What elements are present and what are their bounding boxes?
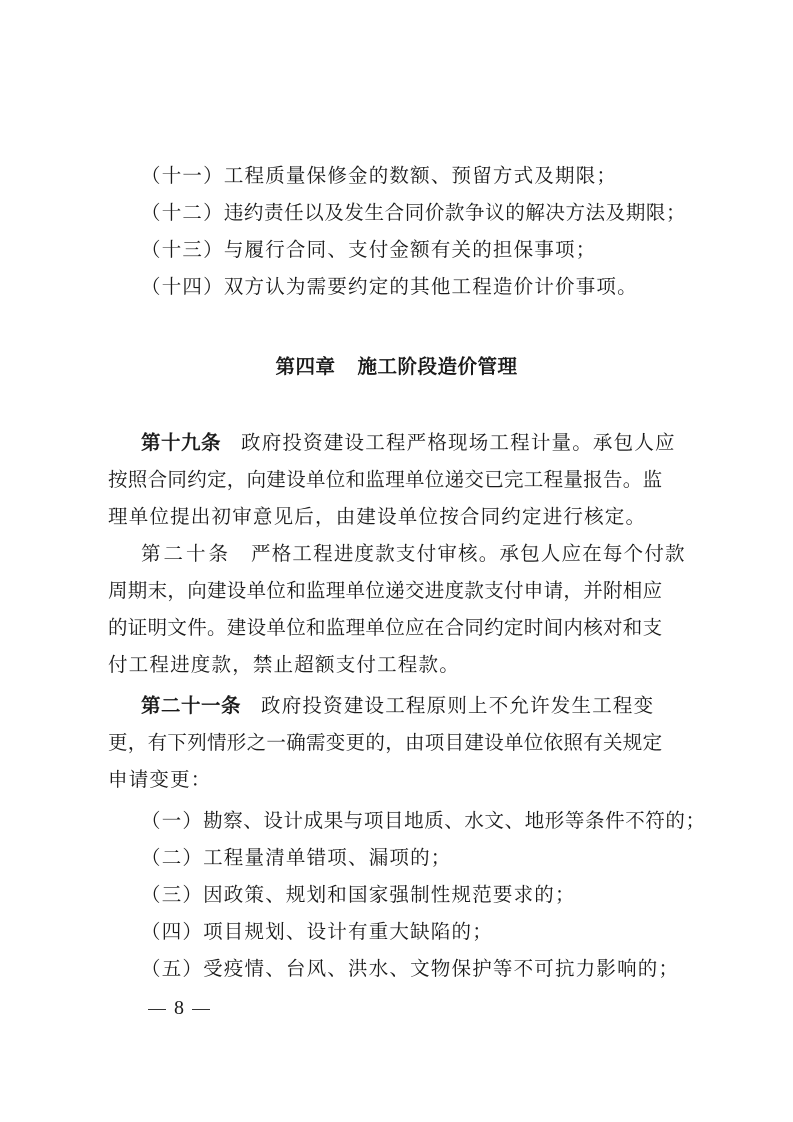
article-20-line-3: 的证明文件。建设单位和监理单位应在合同约定时间内核对和支	[108, 609, 693, 646]
article-text: 政府投资建设工程原则上不允许发生工程变	[261, 694, 654, 717]
list-item-1: （一）勘察、设计成果与项目地质、水文、地形等条件不符的；	[141, 802, 693, 839]
list-text: 违约责任以及发生合同价款争议的解决方法及期限；	[224, 201, 686, 224]
article-label: 第二十条	[141, 542, 231, 565]
list-text: 因政策、规划和国家强制性规范要求的；	[203, 883, 576, 906]
article-20-line-4: 付工程进度款，禁止超额支付工程款。	[108, 646, 693, 683]
list-marker: （四）	[141, 920, 203, 943]
article-text: 按照合同约定，向建设单位和监理单位递交已完工程量报告。监	[108, 468, 662, 491]
list-item-3: （三）因政策、规划和国家强制性规范要求的；	[141, 876, 693, 913]
article-21-line-2: 更，有下列情形之一确需变更的，由项目建设单位依照有关规定	[108, 724, 693, 761]
list-item-5: （五）受疫情、台风、洪水、文物保护等不可抗力影响的；	[141, 950, 693, 987]
article-text: 更，有下列情形之一确需变更的，由项目建设单位依照有关规定	[108, 731, 662, 754]
list-text: 双方认为需要约定的其他工程造价计价事项。	[224, 275, 638, 298]
list-marker: （三）	[141, 883, 203, 906]
article-text: 周期末，向建设单位和监理单位递交进度款支付申请，并附相应	[108, 579, 662, 602]
dash-right	[192, 1009, 210, 1010]
list-marker: （十三）	[141, 238, 224, 261]
list-text: 与履行合同、支付金额有关的担保事项；	[224, 238, 597, 261]
article-20-line-2: 周期末，向建设单位和监理单位递交进度款支付申请，并附相应	[108, 572, 693, 609]
article-21-line-1: 第二十一条政府投资建设工程原则上不允许发生工程变	[141, 687, 693, 724]
list-item-12: （十二）违约责任以及发生合同价款争议的解决方法及期限；	[141, 194, 693, 231]
list-marker: （五）	[141, 957, 203, 980]
list-text: 工程质量保修金的数额、预留方式及期限；	[224, 164, 617, 187]
article-text: 理单位提出初审意见后，由建设单位按合同约定进行核定。	[108, 505, 646, 528]
list-text: 勘察、设计成果与项目地质、水文、地形等条件不符的；	[203, 809, 706, 832]
list-marker: （十四）	[141, 275, 224, 298]
list-text: 项目规划、设计有重大缺陷的；	[203, 920, 493, 943]
article-label: 第十九条	[141, 431, 221, 454]
list-item-2: （二）工程量清单错项、漏项的；	[141, 839, 693, 876]
article-20-line-1: 第二十条严格工程进度款支付审核。承包人应在每个付款	[141, 535, 693, 572]
list-text: 工程量清单错项、漏项的；	[203, 846, 451, 869]
article-text: 严格工程进度款支付审核。承包人应在每个付款	[251, 542, 686, 565]
list-item-13: （十三）与履行合同、支付金额有关的担保事项；	[141, 231, 693, 268]
list-item-11: （十一）工程质量保修金的数额、预留方式及期限；	[141, 157, 693, 194]
page-number: 8	[174, 997, 184, 1019]
list-item-4: （四）项目规划、设计有重大缺陷的；	[141, 913, 693, 950]
article-text: 政府投资建设工程严格现场工程计量。承包人应	[241, 431, 676, 454]
list-marker: （十二）	[141, 201, 224, 224]
article-19-line-2: 按照合同约定，向建设单位和监理单位递交已完工程量报告。监	[108, 461, 693, 498]
article-19-line-1: 第十九条政府投资建设工程严格现场工程计量。承包人应	[141, 424, 693, 461]
list-marker: （二）	[141, 846, 203, 869]
page-number-footer: 8	[140, 995, 218, 1021]
article-19-line-3: 理单位提出初审意见后，由建设单位按合同约定进行核定。	[108, 498, 693, 535]
chapter-number: 第四章	[275, 355, 335, 378]
document-page: （十一）工程质量保修金的数额、预留方式及期限； （十二）违约责任以及发生合同价款…	[0, 0, 793, 1122]
article-text: 付工程进度款，禁止超额支付工程款。	[108, 653, 460, 676]
dash-left	[148, 1009, 166, 1010]
list-marker: （一）	[141, 809, 203, 832]
article-21-line-3: 申请变更：	[108, 761, 693, 798]
article-label: 第二十一条	[141, 694, 241, 717]
chapter-title: 施工阶段造价管理	[358, 355, 518, 378]
list-marker: （十一）	[141, 164, 224, 187]
article-text: 申请变更：	[108, 768, 212, 791]
list-item-14: （十四）双方认为需要约定的其他工程造价计价事项。	[141, 268, 693, 305]
article-text: 的证明文件。建设单位和监理单位应在合同约定时间内核对和支	[108, 616, 662, 639]
list-text: 受疫情、台风、洪水、文物保护等不可抗力影响的；	[203, 957, 679, 980]
chapter-heading: 第四章施工阶段造价管理	[0, 348, 793, 385]
